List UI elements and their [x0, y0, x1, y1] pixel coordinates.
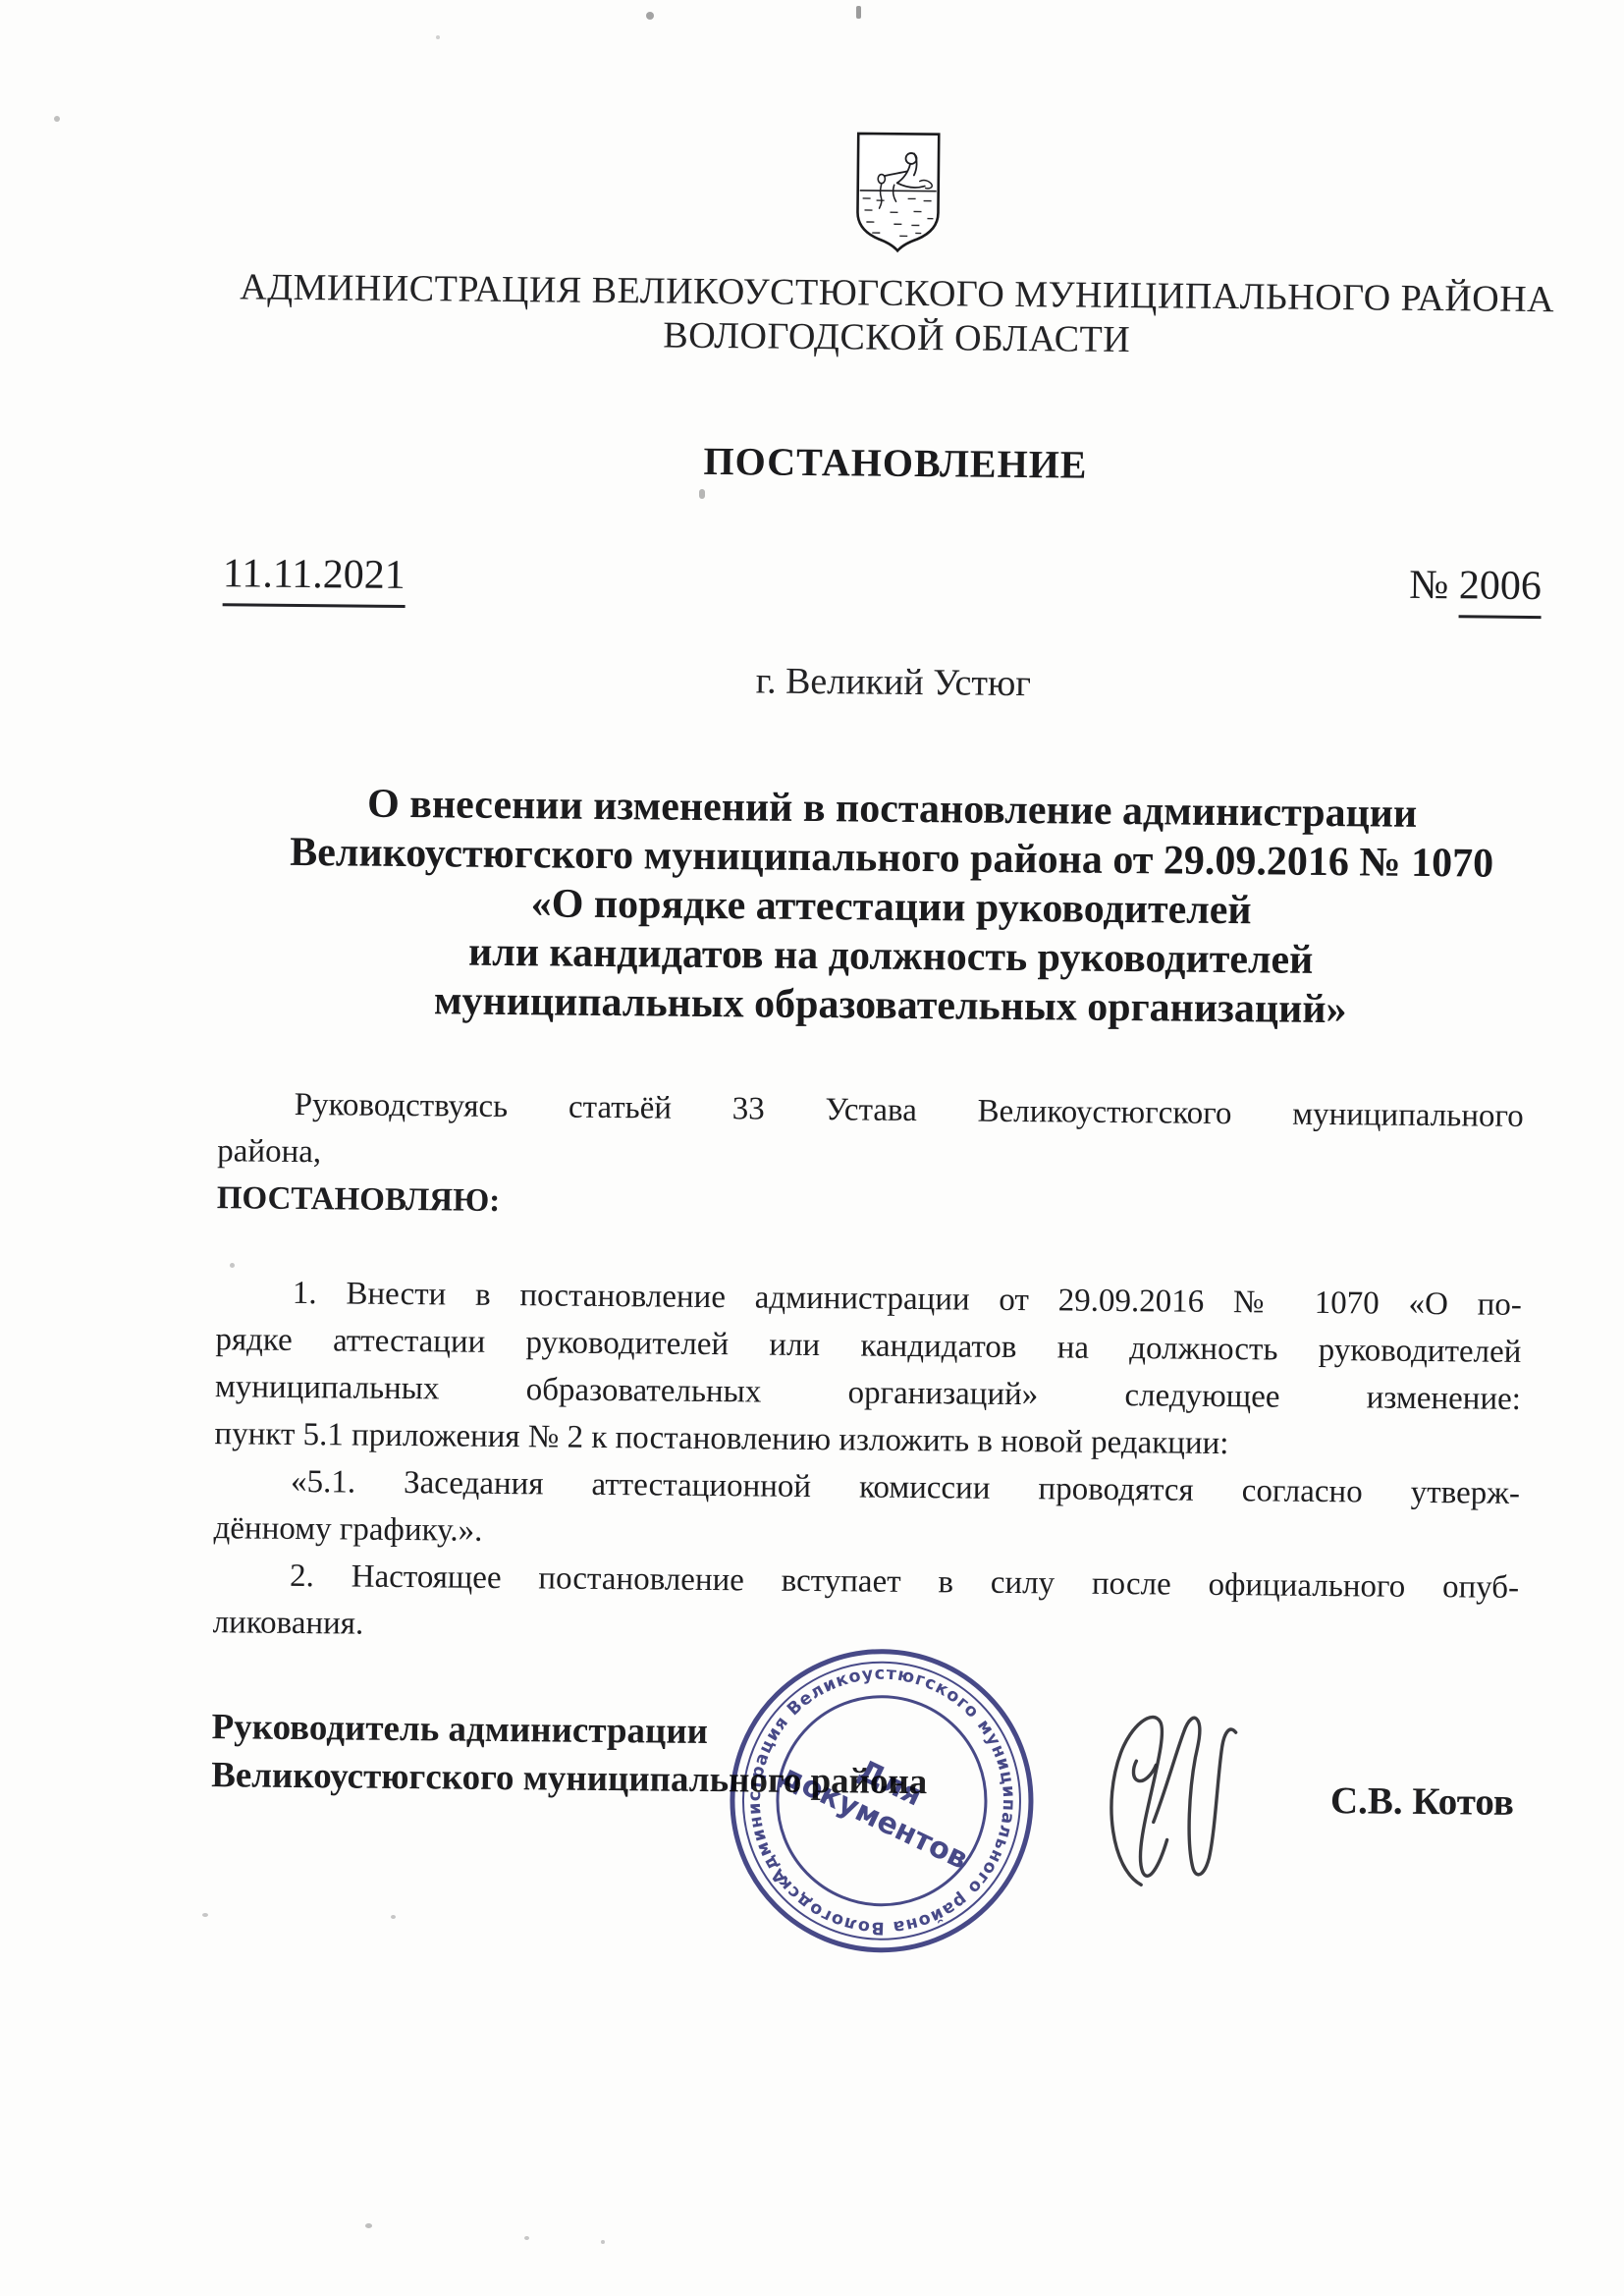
scan-speck: [601, 2240, 605, 2244]
scan-speck: [856, 6, 861, 19]
stamp-icon: Администрация Великоустюгского муниципал…: [725, 1644, 1038, 1957]
scan-speck: [436, 35, 440, 39]
scan-speck: [365, 2223, 372, 2228]
scan-speck: [699, 489, 705, 499]
scan-speck: [524, 2236, 529, 2240]
number-sign: №: [1409, 563, 1449, 608]
signer-name: С.В. Котов: [1330, 1778, 1514, 1825]
doc-body: Руководствуясь статьёй 33 Устава Великоу…: [212, 1080, 1523, 1659]
official-stamp: Администрация Великоустюгского муниципал…: [725, 1644, 1038, 1957]
scan-speck: [54, 116, 60, 122]
document-sheet: АДМИНИСТРАЦИЯ ВЕЛИКОУСТЮГСКОГО МУНИЦИПАЛ…: [0, 0, 1624, 2296]
doc-date-value: 11.11.2021: [223, 551, 406, 608]
doc-type-heading: ПОСТАНОВЛЕНИЕ: [161, 433, 1624, 493]
doc-title: О внесении изменений в постановление адм…: [156, 778, 1624, 1037]
scan-speck: [202, 1913, 208, 1917]
doc-city: г. Великий Устюг: [159, 654, 1624, 711]
coat-of-arms: [850, 129, 946, 254]
scan-speck: [646, 12, 654, 20]
veliky-ustyug-coat-of-arms-icon: [850, 129, 946, 254]
doc-number-value: 2006: [1459, 563, 1543, 619]
doc-date: 11.11.2021: [223, 550, 406, 599]
handwritten-signature: [1096, 1700, 1253, 1894]
scan-speck: [391, 1915, 396, 1919]
scanned-document-page: { "document": { "org_name_line1": "АДМИН…: [0, 0, 1624, 2296]
scan-speck: [230, 1263, 235, 1268]
doc-number: № 2006: [1409, 562, 1542, 610]
